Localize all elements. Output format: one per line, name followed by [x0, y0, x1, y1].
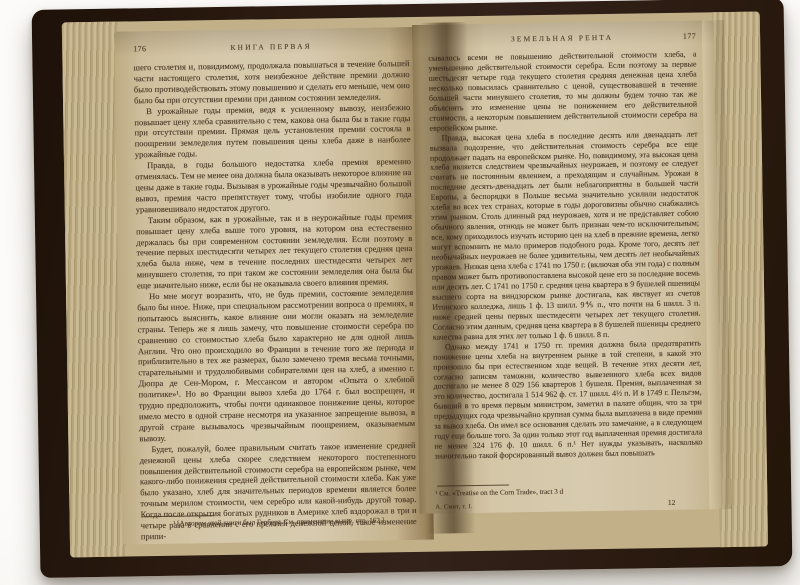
paragraph: шего столетия и, повидимому, продолжала …: [133, 58, 410, 106]
paragraph: Но мне могут возразить, что, не будь пре…: [137, 287, 415, 444]
paragraph: Правда, высокая цена хлеба в последние д…: [430, 129, 701, 342]
signature-row: А. Смит, т. I. 12: [435, 497, 703, 510]
right-page-content: ЗЕМЕЛЬНАЯ РЕНТА 177 сывалось всеми не по…: [412, 20, 722, 514]
right-running-head: ЗЕМЕЛЬНАЯ РЕНТА 177: [428, 32, 696, 45]
left-page: 176 КНИГА ПЕРВАЯ шего столетия и, повиди…: [114, 27, 434, 545]
footnote-rule: [437, 484, 509, 486]
printer-signature: А. Смит, т. I.: [435, 503, 472, 511]
paragraph: Правда, в годы большого недостатка хлеба…: [135, 156, 412, 215]
left-body-text: шего столетия и, повидимому, продолжала …: [133, 58, 416, 512]
right-footnote: ¹ См. «Treatise on the Corn Trade», trac…: [435, 485, 703, 498]
book: 176 КНИГА ПЕРВАЯ шего столетия и, повиди…: [32, 0, 793, 578]
photo-of-open-book: 176 КНИГА ПЕРВАЯ шего столетия и, повиди…: [0, 0, 800, 585]
paragraph: В урожайные годы премия, ведя к усиленно…: [134, 102, 411, 161]
paragraph: Однако между 1741 и 1750 гг. премия долж…: [433, 338, 703, 462]
right-page: ЗЕМЕЛЬНАЯ РЕНТА 177 сывалось всеми не по…: [412, 20, 722, 514]
left-page-number: 176: [133, 44, 163, 53]
right-body-text: сывалось всеми не повышению действительн…: [428, 50, 703, 482]
page-block: 176 КНИГА ПЕРВАЯ шего столетия и, повиди…: [62, 12, 768, 558]
right-running-header: ЗЕМЕЛЬНАЯ РЕНТА: [458, 32, 666, 44]
paragraph: Таким образом, как в урожайные, так и в …: [136, 211, 413, 292]
left-running-head: 176 КНИГА ПЕРВАЯ: [133, 40, 409, 53]
paragraph: сывалось всеми не повышению действительн…: [428, 50, 697, 134]
sheet-number: 12: [668, 497, 676, 506]
left-running-header: КНИГА ПЕРВАЯ: [163, 40, 379, 52]
left-page-content: 176 КНИГА ПЕРВАЯ шего столетия и, повиди…: [114, 27, 434, 545]
right-page-number: 177: [666, 32, 696, 41]
